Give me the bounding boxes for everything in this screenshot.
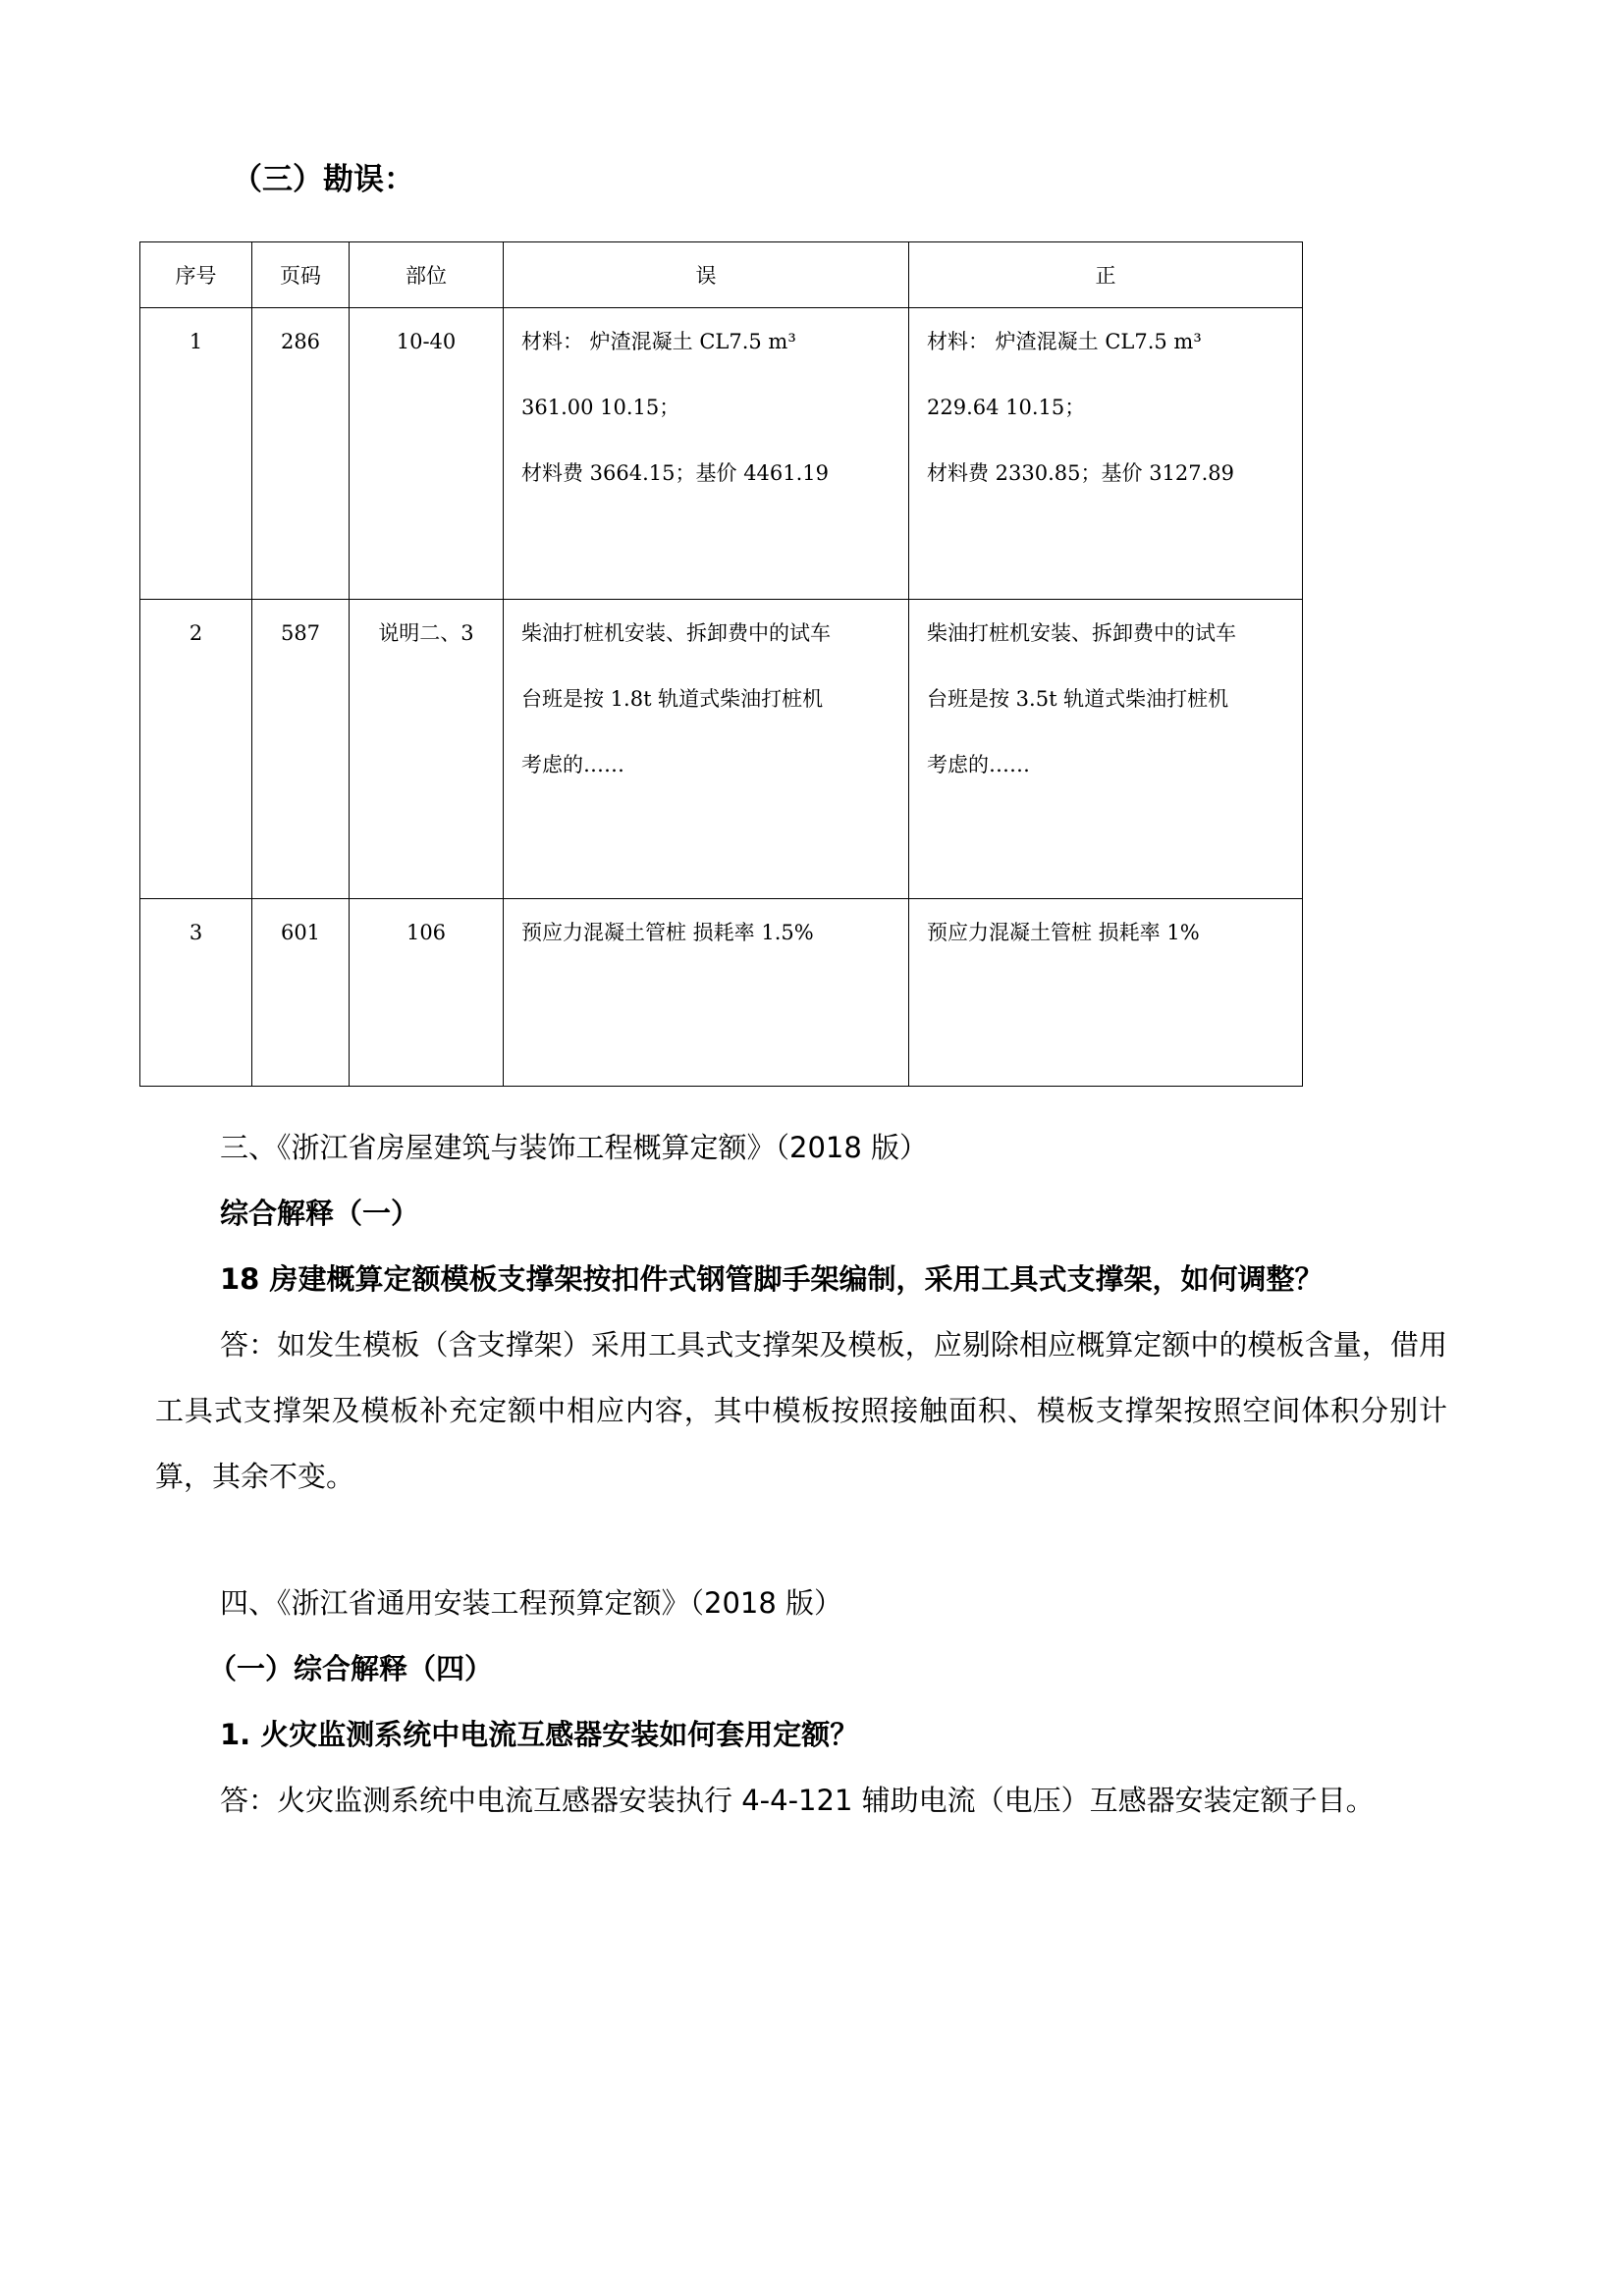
column-header-correct: 正 — [909, 242, 1303, 308]
cell-no: 1 — [140, 308, 252, 600]
section-title: 四、《浙江省通用安装工程预算定额》（2018 版） — [155, 1571, 1447, 1636]
cell-line: 柴油打桩机安装、拆卸费中的试车 — [927, 619, 1292, 647]
cell-page: 601 — [252, 899, 350, 1087]
cell-page: 286 — [252, 308, 350, 600]
section-title: 三、《浙江省房屋建筑与装饰工程概算定额》（2018 版） — [155, 1115, 1447, 1181]
cell-line: 材料： 炉渣混凝土 CL7.5 m³ — [927, 328, 1292, 355]
cell-no: 2 — [140, 600, 252, 899]
cell-location: 10-40 — [350, 308, 504, 600]
cell-wrong: 预应力混凝土管桩 损耗率 1.5% — [504, 899, 909, 1087]
column-header-page: 页码 — [252, 242, 350, 308]
table-header-row: 序号 页码 部位 误 正 — [140, 242, 1303, 308]
section-subtitle: 综合解释（一） — [155, 1181, 1447, 1247]
answer: 答：火灾监测系统中电流互感器安装执行 4-4-121 辅助电流（电压）互感器安装… — [155, 1768, 1447, 1834]
cell-line: 柴油打桩机安装、拆卸费中的试车 — [521, 619, 898, 647]
table-row: 3 601 106 预应力混凝土管桩 损耗率 1.5% 预应力混凝土管桩 损耗率… — [140, 899, 1303, 1087]
section-4: 四、《浙江省通用安装工程预算定额》（2018 版） （一）综合解释（四） 1. … — [155, 1571, 1447, 1834]
cell-line: 材料费 3664.15；基价 4461.19 — [521, 459, 898, 487]
cell-line: 预应力混凝土管桩 损耗率 1% — [927, 919, 1292, 946]
section-subtitle: （一）综合解释（四） — [155, 1636, 1447, 1702]
cell-line: 台班是按 3.5t 轨道式柴油打桩机 — [927, 685, 1292, 713]
section-3: 三、《浙江省房屋建筑与装饰工程概算定额》（2018 版） 综合解释（一） 18 … — [155, 1115, 1447, 1510]
cell-line: 预应力混凝土管桩 损耗率 1.5% — [521, 919, 898, 946]
answer: 答：如发生模板（含支撑架）采用工具式支撑架及模板，应剔除相应概算定额中的模板含量… — [155, 1312, 1447, 1510]
question: 1. 火灾监测系统中电流互感器安装如何套用定额？ — [155, 1702, 1447, 1768]
errata-table: 序号 页码 部位 误 正 1 286 10-40 材料： 炉渣混凝土 CL7.5… — [139, 241, 1303, 1087]
cell-location: 106 — [350, 899, 504, 1087]
cell-correct: 材料： 炉渣混凝土 CL7.5 m³ 229.64 10.15； 材料费 233… — [909, 308, 1303, 600]
cell-wrong: 柴油打桩机安装、拆卸费中的试车 台班是按 1.8t 轨道式柴油打桩机 考虑的…… — [504, 600, 909, 899]
cell-correct: 柴油打桩机安装、拆卸费中的试车 台班是按 3.5t 轨道式柴油打桩机 考虑的…… — [909, 600, 1303, 899]
document-page: （三）勘误： 序号 页码 部位 误 正 1 286 10-40 — [0, 0, 1624, 2296]
cell-wrong: 材料： 炉渣混凝土 CL7.5 m³ 361.00 10.15； 材料费 366… — [504, 308, 909, 600]
cell-line: 材料： 炉渣混凝土 CL7.5 m³ — [521, 328, 898, 355]
cell-page: 587 — [252, 600, 350, 899]
column-header-location: 部位 — [350, 242, 504, 308]
errata-heading: （三）勘误： — [232, 159, 414, 200]
column-header-no: 序号 — [140, 242, 252, 308]
question: 18 房建概算定额模板支撑架按扣件式钢管脚手架编制，采用工具式支撑架，如何调整？ — [155, 1247, 1447, 1312]
cell-no: 3 — [140, 899, 252, 1087]
table-row: 2 587 说明二、3 柴油打桩机安装、拆卸费中的试车 台班是按 1.8t 轨道… — [140, 600, 1303, 899]
cell-location: 说明二、3 — [350, 600, 504, 899]
column-header-wrong: 误 — [504, 242, 909, 308]
cell-correct: 预应力混凝土管桩 损耗率 1% — [909, 899, 1303, 1087]
cell-line: 材料费 2330.85；基价 3127.89 — [927, 459, 1292, 487]
cell-line: 考虑的…… — [927, 751, 1292, 778]
cell-line: 考虑的…… — [521, 751, 898, 778]
cell-line: 台班是按 1.8t 轨道式柴油打桩机 — [521, 685, 898, 713]
cell-line: 229.64 10.15； — [927, 394, 1292, 421]
cell-line: 361.00 10.15； — [521, 394, 898, 421]
table-row: 1 286 10-40 材料： 炉渣混凝土 CL7.5 m³ 361.00 10… — [140, 308, 1303, 600]
